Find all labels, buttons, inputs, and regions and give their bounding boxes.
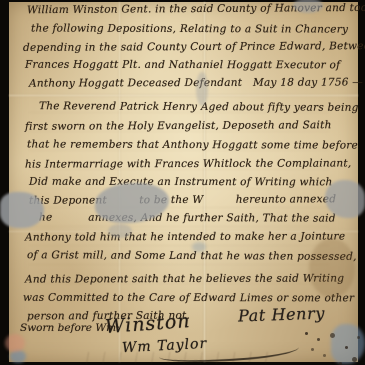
manuscript-line: Anthony told him that he intended to mak… (25, 230, 345, 244)
manuscript-line: Frances Hoggatt Plt. and Nathaniel Hogga… (25, 59, 340, 73)
ink-stain-blue (331, 324, 365, 364)
manuscript-line: he annexes, And he further Saith, That t… (21, 211, 336, 225)
signature-winston: Winston (104, 310, 191, 338)
paper: William Winston Gent. in the said County… (9, 2, 358, 362)
manuscript-line: And this Deponent saith that he believes… (25, 272, 344, 286)
ink-stain-blue (10, 350, 26, 363)
manuscript-line: depending in the said County Court of Pr… (23, 40, 365, 55)
damage-patch (0, 192, 44, 228)
damage-patch (196, 72, 208, 106)
ink-stain-blue (192, 242, 206, 252)
ink-speckles (305, 332, 308, 335)
fold-crease-horizontal (9, 94, 358, 97)
manuscript-line: this Deponent to be the W hereunto annex… (29, 193, 336, 208)
manuscript-line: that he remembers that Anthony Hoggatt s… (27, 138, 358, 152)
stain-pink (5, 334, 25, 352)
manuscript-line: the following Depositions, Relating to a… (31, 22, 348, 36)
damage-patch (108, 224, 132, 238)
signature-pat-henry: Pat Henry (238, 303, 326, 325)
manuscript-line: of a Grist mill, and Some Land that he w… (27, 249, 357, 264)
manuscript-line: Did make and Execute an Instrument of Wr… (29, 176, 333, 190)
manuscript-line: his Intermarriage with Frances Whitlock … (25, 157, 351, 171)
cut-off-line-fragment (79, 352, 269, 364)
damage-patch (325, 180, 365, 218)
stain-brown (309, 238, 355, 298)
manuscript-line: first sworn on the Holy Evangelist, Depo… (25, 119, 332, 134)
manuscript-photo: William Winston Gent. in the said County… (0, 0, 365, 365)
